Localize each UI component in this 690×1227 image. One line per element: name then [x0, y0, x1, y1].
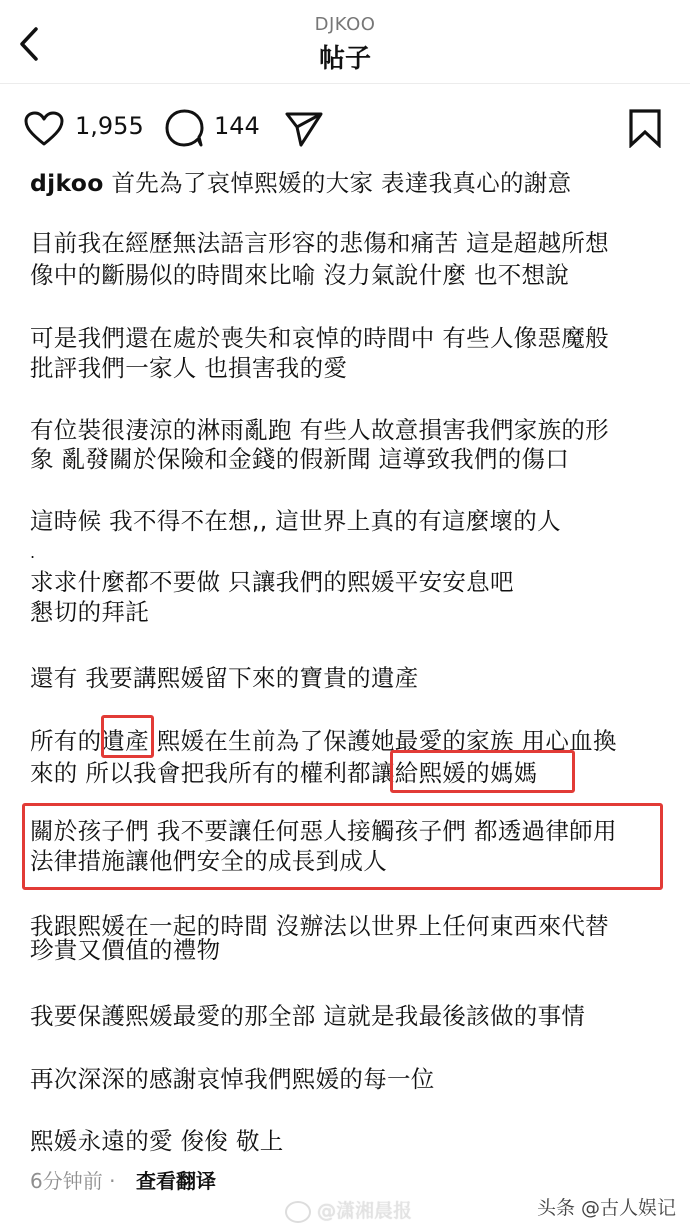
- caption-line: 批評我們一家人 也損害我的愛: [30, 353, 347, 383]
- caption-line: 法律措施讓他們安全的成長到成人: [30, 846, 387, 876]
- weibo-watermark: @潇湘晨报: [285, 1196, 412, 1223]
- caption-line: 這時候 我不得不在想,, 這世界上真的有這麼壞的人: [30, 506, 561, 536]
- caption-line: 還有 我要講熙媛留下來的寶貴的遺產: [30, 663, 419, 693]
- caption-line: 目前我在經歷無法語言形容的悲傷和痛苦 這是超越所想: [30, 228, 609, 258]
- caption-line: 象 亂發關於保險和金錢的假新聞 這導致我們的傷口: [30, 444, 569, 474]
- caption-line: 所有的遺產 熙媛在生前為了保護她最愛的家族 用心血換: [30, 726, 617, 756]
- caption-username[interactable]: djkoo: [30, 169, 104, 197]
- caption-line: 懇切的拜託: [30, 597, 149, 627]
- caption-text: 首先為了哀悼熙媛的大家 表達我真心的謝意: [104, 169, 572, 197]
- caption-line: 可是我們還在處於喪失和哀悼的時間中 有些人像惡魔般: [30, 323, 609, 353]
- paper-plane-icon[interactable]: [284, 110, 324, 148]
- comment-count: 144: [214, 112, 260, 140]
- post-action-bar: 1,955 144: [0, 98, 690, 156]
- toutiao-watermark: 头条 @古人娱记: [537, 1193, 676, 1220]
- post-timestamp: 6分钟前 ·: [30, 1165, 115, 1194]
- like-count: 1,955: [75, 112, 144, 140]
- page-title: 帖子: [0, 38, 690, 75]
- post-header: DJKOO 帖子: [0, 0, 690, 84]
- caption-line: .: [30, 538, 35, 568]
- see-translation-link[interactable]: 查看翻译: [136, 1165, 216, 1194]
- bookmark-outline-icon[interactable]: [628, 108, 662, 148]
- comment-bubble-icon[interactable]: [165, 108, 205, 148]
- caption-line: 有位裝很淒涼的淋雨亂跑 有些人故意損害我們家族的形: [30, 415, 609, 445]
- heart-outline-icon[interactable]: [24, 111, 64, 147]
- caption-line: 像中的斷腸似的時間來比喻 沒力氣說什麼 也不想說: [30, 260, 569, 290]
- weibo-logo-icon: [285, 1201, 311, 1223]
- header-username: DJKOO: [0, 14, 690, 35]
- caption-line: 來的 所以我會把我所有的權利都讓給熙媛的媽媽: [30, 758, 538, 788]
- caption-line: 熙媛永遠的愛 俊俊 敬上: [30, 1126, 284, 1156]
- caption-first-line: djkoo 首先為了哀悼熙媛的大家 表達我真心的謝意: [30, 168, 571, 198]
- caption-line: 我要保護熙媛最愛的那全部 這就是我最後該做的事情: [30, 1001, 585, 1031]
- caption-line: 關於孩子們 我不要讓任何惡人接觸孩子們 都透過律師用: [30, 816, 617, 846]
- caption-line: 珍貴又價值的禮物: [30, 935, 220, 965]
- caption-line: 求求什麼都不要做 只讓我們的熙媛平安安息吧: [30, 567, 514, 597]
- caption-line: 再次深深的感謝哀悼我們熙媛的每一位: [30, 1064, 435, 1094]
